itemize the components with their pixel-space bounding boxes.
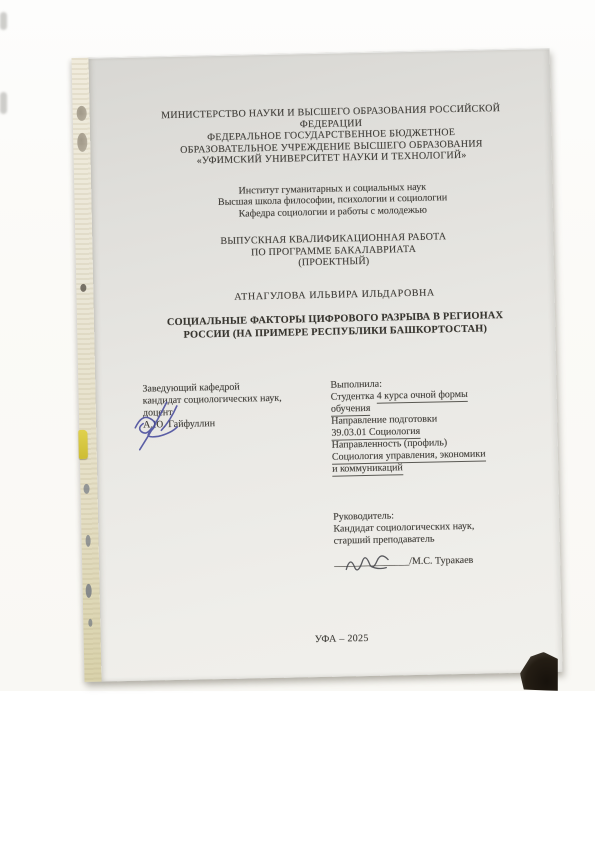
dept-head-name: А.Ю. Гайфуллин	[143, 416, 331, 432]
edge-ink-speck	[86, 535, 91, 547]
signature-blank-line: _______________	[334, 556, 409, 569]
work-type-block: ВЫПУСКНАЯ КВАЛИФИКАЦИОННАЯ РАБОТА ПО ПРО…	[139, 230, 528, 273]
edge-ink-speck	[86, 584, 92, 598]
student-line-underlined: и коммуникаций	[332, 462, 403, 476]
supervisor-block: Руководитель: Кандидат социологических н…	[333, 508, 534, 570]
thesis-title: СОЦИАЛЬНЫЕ ФАКТОРЫ ЦИФРОВОГО РАЗРЫВА В Р…	[141, 310, 529, 343]
paper-sheet: МИНИСТЕРСТВО НАУКИ И ВЫСШЕГО ОБРАЗОВАНИЯ…	[72, 48, 563, 682]
title-page: МИНИСТЕРСТВО НАУКИ И ВЫСШЕГО ОБРАЗОВАНИЯ…	[89, 48, 563, 682]
document-photo: МИНИСТЕРСТВО НАУКИ И ВЫСШЕГО ОБРАЗОВАНИЯ…	[0, 0, 595, 691]
student-block: Выполнила: Студентка 4 курса очной формы…	[330, 376, 532, 476]
student-line-plain: Студентка	[331, 391, 377, 403]
hole-punch-mark	[77, 133, 87, 152]
approval-row: Заведующий кафедрой кандидат социологиче…	[142, 376, 532, 480]
yellow-folder-sliver	[78, 430, 88, 459]
edge-ink-speck	[83, 484, 89, 494]
ministry-header: МИНИСТЕРСТВО НАУКИ И ВЫСШЕГО ОБРАЗОВАНИЯ…	[137, 103, 526, 169]
author-name: АТНАГУЛОВА ИЛЬВИРА ИЛЬДАРОВНА	[140, 285, 528, 305]
department-block: Институт гуманитарных и социальных наук …	[138, 179, 527, 222]
city-year-line: УФА – 2025	[148, 629, 536, 649]
photo-edge-mark	[0, 92, 7, 114]
dept-head-block: Заведующий кафедрой кандидат социологиче…	[142, 380, 332, 480]
student-line-underlined: 4 курса очной формы	[377, 389, 468, 403]
supervisor-name: /М.С. Туракаев	[409, 555, 473, 567]
signature-row: _______________/М.С. Туракаев	[334, 553, 534, 569]
page: { "doc": { "header_lines": [ "МИНИСТЕРСТ…	[0, 0, 595, 842]
photo-edge-mark	[0, 12, 7, 30]
edge-ink-speck	[88, 619, 92, 627]
hole-punch-mark	[77, 106, 87, 121]
edge-dot-mark	[80, 284, 86, 292]
